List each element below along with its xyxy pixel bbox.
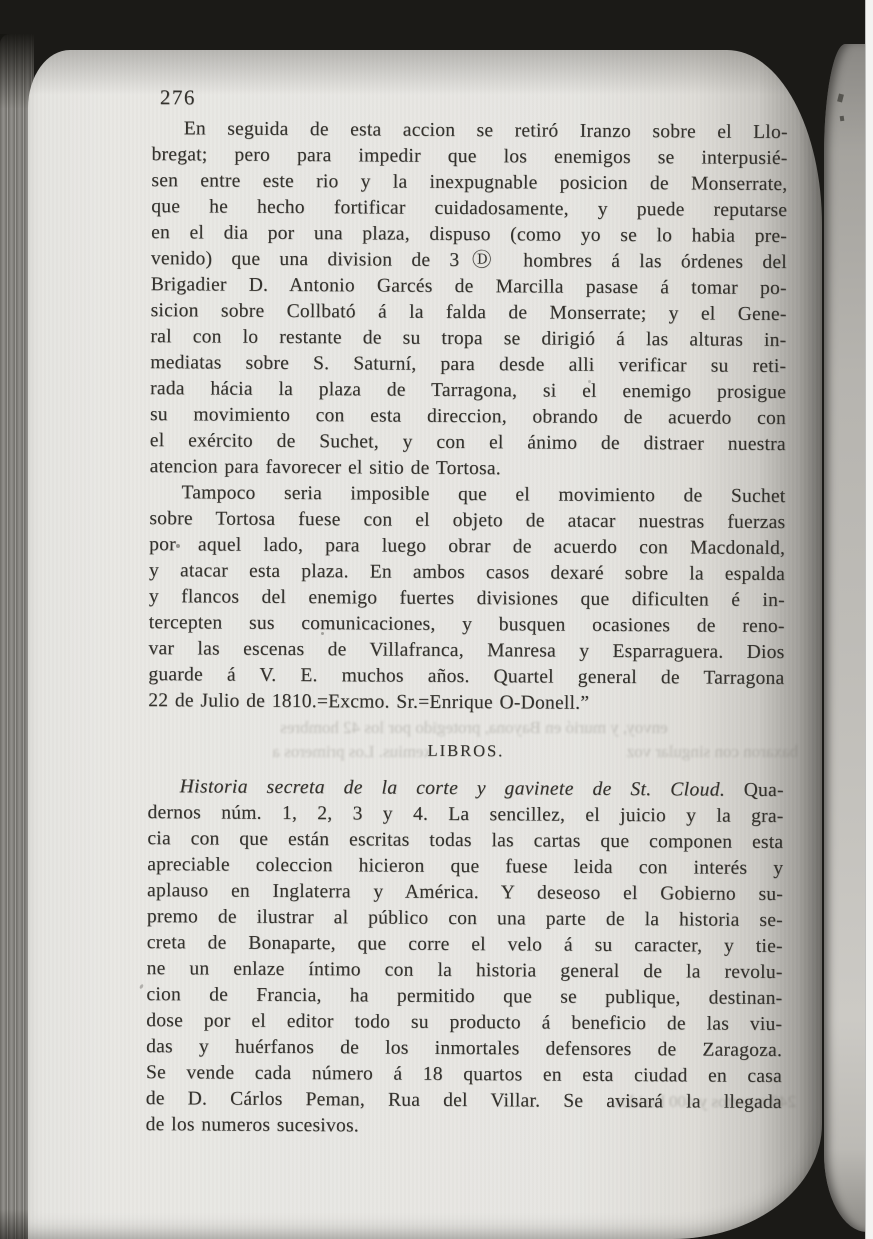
text-line: creta de Bonaparte, que corre el velo á … (147, 930, 783, 960)
text-line: y flancos del enemigo fuertes divisiones… (149, 584, 785, 614)
facing-page-text-fragment (840, 116, 845, 122)
text-line: Se vende cada número á 18 quartos en est… (146, 1060, 782, 1090)
text-line: de los numeros sucesivos. (146, 1112, 782, 1142)
text-line: guarde á V. E. muchos años. Quartel gene… (148, 662, 784, 692)
page-text-column: 276 En seguida de esta accion se retiró … (146, 84, 788, 1142)
text-line: ne un enlaze íntimo con la historia gene… (147, 956, 783, 986)
text-line: apreciable coleccion hicieron que fuese … (147, 852, 783, 882)
dispatch-paragraph-2: Tampoco seria imposible que el movimient… (148, 480, 785, 718)
page-number: 276 (160, 84, 788, 114)
text-line: Brigadier D. Antonio Garcés de Marcilla … (151, 272, 787, 302)
text-line: y atacar esta plaza. En ambos casos dexa… (149, 558, 785, 588)
text-line: por aquel lado, para luego obrar de acue… (149, 532, 785, 562)
text-line: Historia secreta de la corte y gavinete … (148, 774, 784, 804)
facing-page-text-fragment (837, 94, 844, 103)
section-heading-libros: LIBROS. (148, 738, 784, 764)
text-line: bregat; pero para impedir que los enemig… (151, 142, 787, 172)
text-run: Qua- (725, 780, 784, 801)
text-line: su movimiento con esta direccion, obrand… (150, 402, 786, 432)
ink-speck (139, 984, 144, 990)
book-title-italic: Historia secreta de la corte y gavinete … (180, 776, 726, 800)
text-line: atencion para favorecer el sitio de Tort… (150, 454, 786, 484)
text-line: dose por el editor todo su producto á be… (146, 1008, 782, 1038)
book-notice-lines: dernos núm. 1, 2, 3 y 4. La sencillez, e… (146, 800, 784, 1142)
text-line: en el dia por una plaza, dispuso (como y… (151, 220, 787, 250)
text-line: cion de Francia, ha permitido que se pub… (146, 982, 782, 1012)
text-line: tercepten sus comunicaciones, y busquen … (149, 610, 785, 640)
text-line: aplauso en Inglaterra y América. Y deseo… (147, 878, 783, 908)
text-line: venido) que una division de 3Ⓓ hombres á… (151, 246, 787, 276)
facing-page-edge (824, 44, 867, 1232)
text-line: dernos núm. 1, 2, 3 y 4. La sencillez, e… (147, 800, 783, 830)
text-line: el exército de Suchet, y con el ánimo de… (150, 428, 786, 458)
text-line: 22 de Julio de 1810.=Excmo. Sr.=Enrique … (148, 688, 784, 718)
text-line: premo de ilustrar al público con una par… (147, 904, 783, 934)
book-notice-paragraph: Historia secreta de la corte y gavinete … (146, 774, 784, 1142)
text-line: sobre Tortosa fuese con el objeto de ata… (149, 506, 785, 536)
text-line: das y huérfanos de los inmortales defens… (146, 1034, 782, 1064)
text-line: ral con lo restante de su tropa se dirig… (150, 324, 786, 354)
text-line: sicion sobre Collbató á la falda de Mons… (151, 298, 787, 328)
text-line: rada hácia la plaza de Tarragona, si el … (150, 376, 786, 406)
image-right-border (865, 0, 873, 1239)
text-line: sen entre este rio y la inexpugnable pos… (151, 168, 787, 198)
book-photograph: envoy, y murió en Bayona, protegido por … (0, 0, 873, 1239)
text-line: cia con que están escritas todas las car… (147, 826, 783, 856)
book-page: envoy, y murió en Bayona, protegido por … (28, 50, 822, 1239)
text-line: mediatas sobre S. Saturní, para desde al… (150, 350, 786, 380)
text-line: Tampoco seria imposible que el movimient… (149, 480, 785, 510)
text-line: En seguida de esta accion se retiró Iran… (152, 116, 788, 146)
text-line: de D. Cárlos Peman, Rua del Villar. Se a… (146, 1086, 782, 1116)
text-line: var las escenas de Villafranca, Manresa … (148, 636, 784, 666)
dispatch-paragraph-1: En seguida de esta accion se retiró Iran… (150, 116, 788, 484)
text-line: que he hecho fortificar cuidadosamente, … (151, 194, 787, 224)
